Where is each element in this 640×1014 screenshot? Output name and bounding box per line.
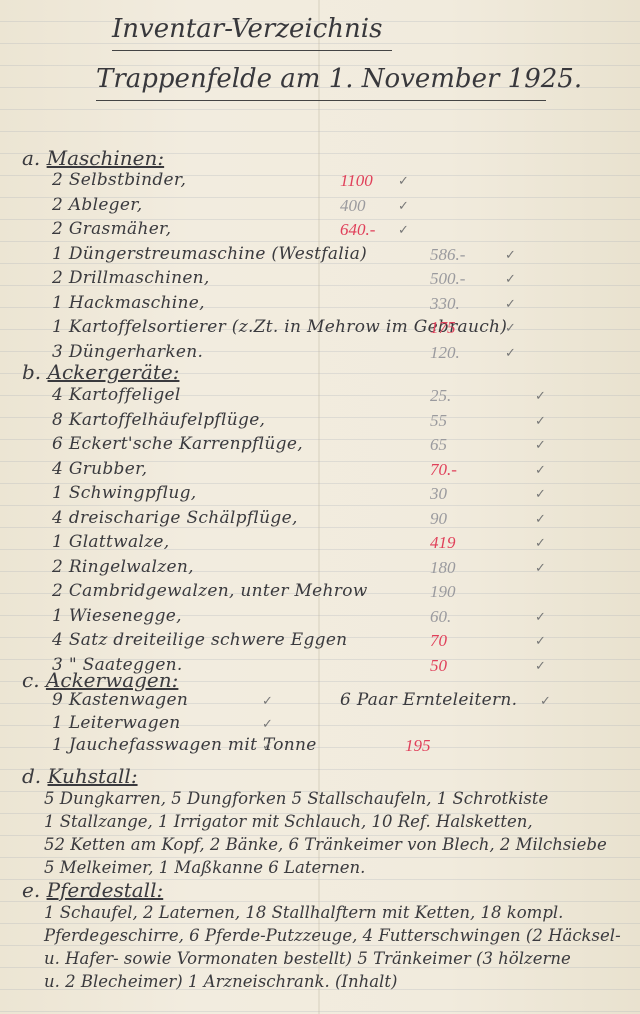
paragraph-line: u. Hafer- sowie Vormonaten bestellt) 5 T… bbox=[44, 948, 571, 970]
section-marker: b. bbox=[22, 360, 48, 384]
inventory-item: 3 Düngerharken. bbox=[52, 342, 203, 362]
section-title: Maschinen: bbox=[47, 146, 164, 170]
inventory-item: 2 Drillmaschinen, bbox=[52, 268, 210, 288]
item-value: 90 bbox=[430, 509, 447, 529]
inventory-item: 2 Selbstbinder, bbox=[52, 170, 186, 190]
check-mark-icon: ✓ bbox=[505, 272, 516, 287]
item-value: 190 bbox=[430, 582, 456, 602]
section-marker: d. bbox=[22, 764, 48, 788]
title-underline-2 bbox=[96, 100, 546, 101]
section-heading-maschinen: a. Maschinen: bbox=[22, 146, 164, 170]
section-heading-pferdestall: e. Pferdestall: bbox=[22, 878, 163, 902]
section-marker: c. bbox=[22, 668, 46, 692]
inventory-item: 9 Kastenwagen bbox=[52, 690, 188, 710]
item-value: 70 bbox=[430, 631, 447, 651]
item-value: 419 bbox=[430, 533, 456, 553]
item-value: 500.- bbox=[430, 269, 465, 289]
check-mark-icon: ✓ bbox=[398, 199, 409, 214]
check-mark-icon: ✓ bbox=[398, 174, 409, 189]
section-title: Ackergeräte: bbox=[48, 360, 180, 384]
inventory-item: 1 Schwingpflug, bbox=[52, 483, 197, 503]
paragraph-line: 52 Ketten am Kopf, 2 Bänke, 6 Tränkeimer… bbox=[44, 834, 607, 856]
title-line-1: Inventar-Verzeichnis bbox=[112, 14, 382, 44]
paragraph-line: 5 Melkeimer, 1 Maßkanne 6 Laternen. bbox=[44, 857, 365, 879]
check-mark-icon: ✓ bbox=[540, 694, 551, 709]
section-heading-ackerwagen: c. Ackerwagen: bbox=[22, 668, 178, 692]
inventory-item: 2 Ableger, bbox=[52, 195, 142, 215]
item-value: 640.- bbox=[340, 220, 375, 240]
inventory-item: 1 Düngerstreumaschine (Westfalia) bbox=[52, 244, 367, 264]
check-mark-icon: ✓ bbox=[535, 463, 546, 478]
item-value: 180 bbox=[430, 558, 456, 578]
item-value: 65 bbox=[430, 435, 447, 455]
item-value: 1100 bbox=[340, 171, 373, 191]
check-mark-icon: ✓ bbox=[398, 223, 409, 238]
inventory-item: 2 Cambridgewalzen, unter Mehrow bbox=[52, 581, 368, 601]
check-mark-icon: ✓ bbox=[262, 739, 273, 754]
check-mark-icon: ✓ bbox=[535, 389, 546, 404]
section-heading-ackergerte: b. Ackergeräte: bbox=[22, 360, 179, 384]
check-mark-icon: ✓ bbox=[262, 694, 273, 709]
check-mark-icon: ✓ bbox=[535, 659, 546, 674]
check-mark-icon: ✓ bbox=[535, 414, 546, 429]
inventory-item: 4 dreischarige Schälpflüge, bbox=[52, 508, 298, 528]
check-mark-icon: ✓ bbox=[505, 248, 516, 263]
inventory-item: 4 Satz dreiteilige schwere Eggen bbox=[52, 630, 347, 650]
item-value: 70.- bbox=[430, 460, 457, 480]
inventory-item: 2 Grasmäher, bbox=[52, 219, 171, 239]
section-title: Kuhstall: bbox=[48, 764, 138, 788]
inventory-item: 1 Leiterwagen bbox=[52, 713, 181, 733]
paragraph-line: 1 Stallzange, 1 Irrigator mit Schlauch, … bbox=[44, 811, 533, 833]
title-underline-1 bbox=[112, 50, 392, 51]
check-mark-icon: ✓ bbox=[535, 487, 546, 502]
item-value: 330. bbox=[430, 294, 460, 314]
inventory-item: 1 Hackmaschine, bbox=[52, 293, 205, 313]
check-mark-icon: ✓ bbox=[535, 561, 546, 576]
inventory-item: 6 Eckert'sche Karrenpflüge, bbox=[52, 434, 303, 454]
item-value: 25. bbox=[430, 386, 451, 406]
item-value: 55 bbox=[430, 411, 447, 431]
section-marker: e. bbox=[22, 878, 47, 902]
inventory-item: 1 Jauchefasswagen mit Tonne bbox=[52, 735, 317, 755]
item-value: 50 bbox=[430, 656, 447, 676]
section-heading-kuhstall: d. Kuhstall: bbox=[22, 764, 138, 788]
inventory-item: 1 Wieseneggе, bbox=[52, 606, 182, 626]
paragraph-line: 1 Schaufel, 2 Laternen, 18 Stallhalftern… bbox=[44, 902, 563, 924]
paragraph-line: Pferdegeschirre, 6 Pferde-Putzzeuge, 4 F… bbox=[44, 925, 621, 947]
check-mark-icon: ✓ bbox=[535, 536, 546, 551]
item-aside-note: 6 Paar Ernteleitern. bbox=[340, 690, 517, 710]
section-marker: a. bbox=[22, 146, 47, 170]
item-value: 400 bbox=[340, 196, 366, 216]
item-value: 195 bbox=[405, 736, 431, 756]
check-mark-icon: ✓ bbox=[535, 610, 546, 625]
check-mark-icon: ✓ bbox=[535, 634, 546, 649]
item-value: 175 bbox=[430, 318, 456, 338]
item-value: 586.- bbox=[430, 245, 465, 265]
inventory-item: 4 Kartoffeligel bbox=[52, 385, 181, 405]
check-mark-icon: ✓ bbox=[535, 512, 546, 527]
item-value: 120. bbox=[430, 343, 460, 363]
inventory-document-page: Inventar-Verzeichnis Trappenfelde am 1. … bbox=[0, 0, 640, 1014]
check-mark-icon: ✓ bbox=[262, 717, 273, 732]
item-value: 60. bbox=[430, 607, 451, 627]
check-mark-icon: ✓ bbox=[505, 321, 516, 336]
section-title: Ackerwagen: bbox=[46, 668, 178, 692]
inventory-item: 4 Grubber, bbox=[52, 459, 147, 479]
inventory-item: 2 Ringelwalzen, bbox=[52, 557, 194, 577]
title-line-2: Trappenfelde am 1. November 1925. bbox=[96, 64, 582, 94]
check-mark-icon: ✓ bbox=[505, 297, 516, 312]
paragraph-line: u. 2 Blecheimer) 1 Arzneischrank. (Inhal… bbox=[44, 971, 397, 993]
item-value: 30 bbox=[430, 484, 447, 504]
section-title: Pferdestall: bbox=[47, 878, 164, 902]
inventory-item: 8 Kartoffelhäufelpflüge, bbox=[52, 410, 265, 430]
inventory-item: 1 Glattwalze, bbox=[52, 532, 169, 552]
paragraph-line: 5 Dungkarren, 5 Dungforken 5 Stallschauf… bbox=[44, 788, 548, 810]
check-mark-icon: ✓ bbox=[505, 346, 516, 361]
check-mark-icon: ✓ bbox=[535, 438, 546, 453]
